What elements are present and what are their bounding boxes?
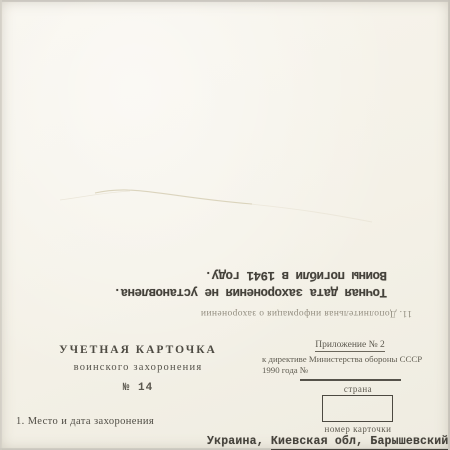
card-subtitle: воинского захоронения (52, 362, 224, 373)
field11-typed-line2: Воины погибли в 1941 году. (40, 268, 387, 282)
card-number-label: номер карточки (310, 424, 406, 434)
section1-value-underlined: Киевская обл, Барышевский (271, 435, 449, 450)
rotated-field11-block: 11. Дополнительная информация о захороне… (40, 256, 412, 318)
scanned-card: 11. Дополнительная информация о захороне… (0, 0, 450, 450)
annex-title-text: Приложение № 2 (315, 340, 385, 352)
annex-title: Приложение № 2 (262, 340, 438, 350)
card-number: № 14 (52, 382, 224, 394)
card-title-block: УЧЕТНАЯ КАРТОЧКА воинского захоронения №… (52, 344, 224, 394)
scan-edge-left (0, 0, 2, 450)
field11-label: 11. Дополнительная информация о захороне… (40, 308, 412, 318)
section1-value-plain: Украина, (207, 435, 271, 448)
card-title: УЧЕТНАЯ КАРТОЧКА (52, 344, 224, 356)
field11-typed-line1: Точная дата захоронения не установлена. (40, 285, 387, 299)
annex-directive: к директиве Министерства обороны СССР (262, 354, 438, 364)
annex-block: Приложение № 2 к директиве Министерства … (262, 340, 438, 375)
section1-value: Украина, Киевская обл, Барышевский (207, 435, 448, 448)
horizontal-rule (300, 379, 401, 381)
section1-label: 1. Место и дата захоронения (16, 416, 154, 427)
annex-year: 1990 года № (262, 365, 438, 375)
country-label: страна (313, 384, 403, 394)
country-box (322, 395, 393, 422)
scan-edge-top (0, 0, 450, 2)
